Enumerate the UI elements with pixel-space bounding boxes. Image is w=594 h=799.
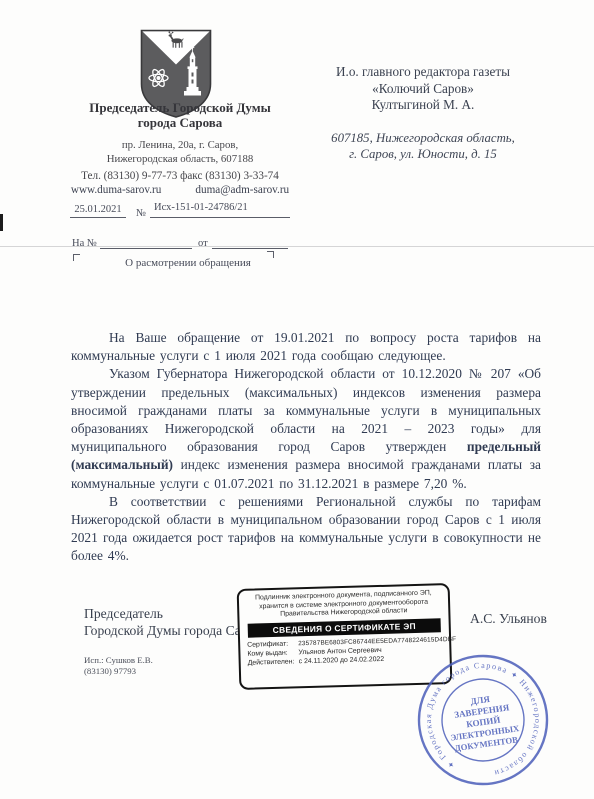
- executor-phone: (83130) 97793: [84, 666, 224, 677]
- body-paragraph-3: В соответствии с решениями Региональной …: [71, 493, 541, 566]
- body-paragraph-2: Указом Губернатора Нижегородской области…: [71, 365, 541, 492]
- letter-date: 25.01.2021: [70, 204, 126, 218]
- letter-subject: О расмотрении обращения: [98, 257, 278, 269]
- addressee-block: И.о. главного редактора газеты «Колючий …: [315, 64, 531, 114]
- org-email: duma@adm-sarov.ru: [195, 184, 289, 196]
- org-address-line1: пр. Ленина, 20а, г. Саров,: [38, 138, 322, 152]
- addressee-address: 607185, Нижегородская область, г. Саров,…: [315, 131, 531, 162]
- reference-row-reply: На № от: [70, 236, 292, 252]
- reference-row-date-number: 25.01.2021 № Исх-151-01-24786/21: [70, 202, 292, 220]
- addressee-line3: Култыгиной М. А.: [315, 97, 531, 114]
- round-seal-stamp: ✦ Городская Дума города Сарова ✦ Нижегор…: [398, 635, 567, 799]
- body-paragraph-1: На Ваше обращение от 19.01.2021 по вопро…: [71, 329, 541, 365]
- org-title: Председатель Городской Думы города Саров…: [38, 100, 322, 130]
- reply-date-blank: [212, 248, 288, 249]
- reply-to-number-label: На №: [72, 238, 97, 249]
- addressee-address-line2: г. Саров, ул. Юности, д. 15: [315, 147, 531, 163]
- outgoing-number: Исх-151-01-24786/21: [150, 202, 290, 218]
- addressee-line1: И.о. главного редактора газеты: [315, 64, 531, 81]
- letter-body: На Ваше обращение от 19.01.2021 по вопро…: [71, 329, 541, 566]
- addressee-address-line1: 607185, Нижегородская область,: [315, 131, 531, 147]
- org-title-line2: города Сарова: [38, 115, 322, 130]
- subject-corner-mark-left: [73, 254, 80, 261]
- org-address: пр. Ленина, 20а, г. Саров, Нижегородская…: [38, 138, 322, 166]
- org-contacts: www.duma-sarov.ru duma@adm-sarov.ru: [38, 184, 322, 196]
- scan-edge-mark: [0, 214, 3, 231]
- executor-info: Исп.: Сушков Е.В. (83130) 97793: [84, 655, 224, 677]
- executor-name: Исп.: Сушков Е.В.: [84, 655, 224, 666]
- certificate-info-title: СВЕДЕНИЯ О СЕРТИФИКАТЕ ЭП: [248, 618, 441, 638]
- validity-label: Действителен:: [248, 658, 296, 668]
- esignature-header: Подлинник электронного документа, подпис…: [246, 589, 442, 620]
- reply-from-label: от: [198, 238, 208, 249]
- signer-name: А.С. Ульянов: [470, 611, 580, 627]
- scanned-letter-page: Председатель Городской Думы города Саров…: [0, 0, 594, 799]
- addressee-line2: «Колючий Саров»: [315, 81, 531, 98]
- reply-number-blank: [100, 248, 192, 249]
- seal-center-text: ДЛЯ ЗАВЕРЕНИЯ КОПИЙ ЭЛЕКТРОННЫХ ДОКУМЕНТ…: [445, 690, 522, 753]
- org-address-line2: Нижегородская область, 607188: [38, 152, 322, 166]
- org-website: www.duma-sarov.ru: [71, 184, 162, 196]
- number-sign: №: [136, 208, 146, 219]
- atom-core: [157, 76, 161, 80]
- org-title-line1: Председатель Городской Думы: [38, 100, 322, 115]
- org-phone: Тел. (83130) 9-77-73 факс (83130) 3-33-7…: [38, 170, 322, 182]
